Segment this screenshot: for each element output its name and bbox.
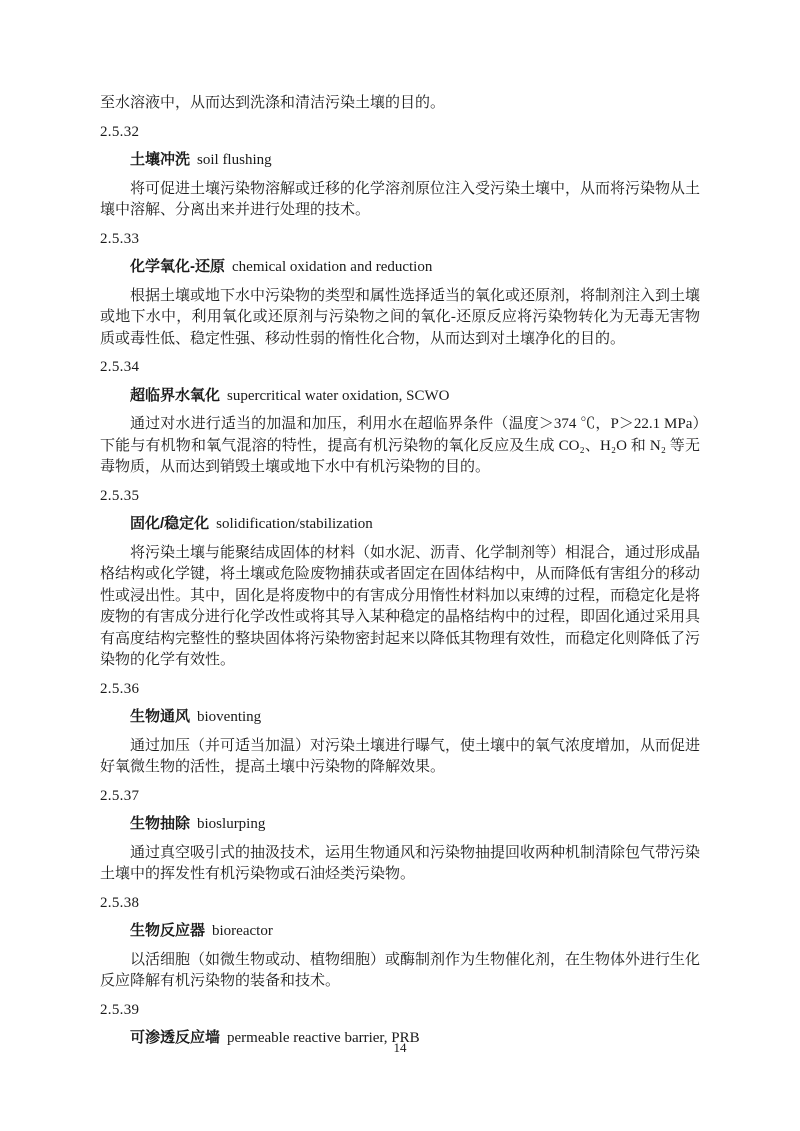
term-definition: 通过对水进行适当的加温和加压，利用水在超临界条件（温度＞374 ℃，P＞22.1… (100, 414, 700, 479)
term-chinese: 化学氧化-还原 (130, 258, 225, 275)
term-entry: 2.5.38 生物反应器bioreactor 以活细胞（如微生物或动、植物细胞）… (100, 893, 700, 993)
term-heading: 土壤冲洗soil flushing (100, 149, 700, 172)
term-definition: 将污染土壤与能聚结成固体的材料（如水泥、沥青、化学制剂等）相混合，通过形成晶格结… (100, 543, 700, 672)
section-number: 2.5.34 (100, 357, 700, 379)
section-number: 2.5.35 (100, 486, 700, 508)
term-english: supercritical water oxidation, SCWO (227, 388, 449, 404)
term-entry: 2.5.34 超临界水氧化supercritical water oxidati… (100, 357, 700, 479)
term-chinese: 土壤冲洗 (130, 151, 190, 168)
section-number: 2.5.32 (100, 122, 700, 144)
page-content: 至水溶液中，从而达到洗涤和清洁污染土壤的目的。 2.5.32 土壤冲洗soil … (100, 93, 700, 1057)
term-english: bioslurping (197, 816, 265, 832)
term-entry: 2.5.37 生物抽除bioslurping 通过真空吸引式的抽汲技术，运用生物… (100, 786, 700, 886)
term-definition: 通过真空吸引式的抽汲技术，运用生物通风和污染物抽提回收两种机制清除包气带污染土壤… (100, 843, 700, 886)
term-definition: 将可促进土壤污染物溶解或迁移的化学溶剂原位注入受污染土壤中，从而将污染物从土壤中… (100, 179, 700, 222)
term-english: chemical oxidation and reduction (232, 259, 432, 275)
section-number: 2.5.39 (100, 1000, 700, 1022)
term-heading: 生物通风bioventing (100, 706, 700, 729)
section-number: 2.5.38 (100, 893, 700, 915)
term-chinese: 生物通风 (130, 708, 190, 725)
term-heading: 化学氧化-还原chemical oxidation and reduction (100, 256, 700, 279)
term-entry: 2.5.35 固化/稳定化solidification/stabilizatio… (100, 486, 700, 672)
page-number: 14 (0, 1040, 800, 1056)
term-entry: 2.5.32 土壤冲洗soil flushing 将可促进土壤污染物溶解或迁移的… (100, 122, 700, 222)
term-english: bioventing (197, 709, 261, 725)
term-heading: 超临界水氧化supercritical water oxidation, SCW… (100, 385, 700, 408)
section-number: 2.5.33 (100, 229, 700, 251)
term-chinese: 生物反应器 (130, 922, 205, 939)
term-definition: 以活细胞（如微生物或动、植物细胞）或酶制剂作为生物催化剂，在生物体外进行生化反应… (100, 950, 700, 993)
term-english: solidification/stabilization (216, 516, 373, 532)
term-definition: 根据土壤或地下水中污染物的类型和属性选择适当的氧化或还原剂，将制剂注入到土壤或地… (100, 286, 700, 351)
term-chinese: 生物抽除 (130, 815, 190, 832)
term-entry: 2.5.36 生物通风bioventing 通过加压（并可适当加温）对污染土壤进… (100, 679, 700, 779)
term-definition: 通过加压（并可适当加温）对污染土壤进行曝气，使土壤中的氧气浓度增加，从而促进好氧… (100, 736, 700, 779)
term-chinese: 超临界水氧化 (130, 387, 220, 404)
term-heading: 生物反应器bioreactor (100, 920, 700, 943)
document-page: 至水溶液中，从而达到洗涤和清洁污染土壤的目的。 2.5.32 土壤冲洗soil … (0, 0, 800, 1131)
term-heading: 固化/稳定化solidification/stabilization (100, 513, 700, 536)
continuation-paragraph: 至水溶液中，从而达到洗涤和清洁污染土壤的目的。 (100, 93, 700, 115)
section-number: 2.5.37 (100, 786, 700, 808)
term-english: soil flushing (197, 152, 272, 168)
section-number: 2.5.36 (100, 679, 700, 701)
term-entry: 2.5.33 化学氧化-还原chemical oxidation and red… (100, 229, 700, 351)
term-chinese: 固化/稳定化 (130, 515, 209, 532)
term-heading: 生物抽除bioslurping (100, 813, 700, 836)
term-english: bioreactor (212, 923, 273, 939)
